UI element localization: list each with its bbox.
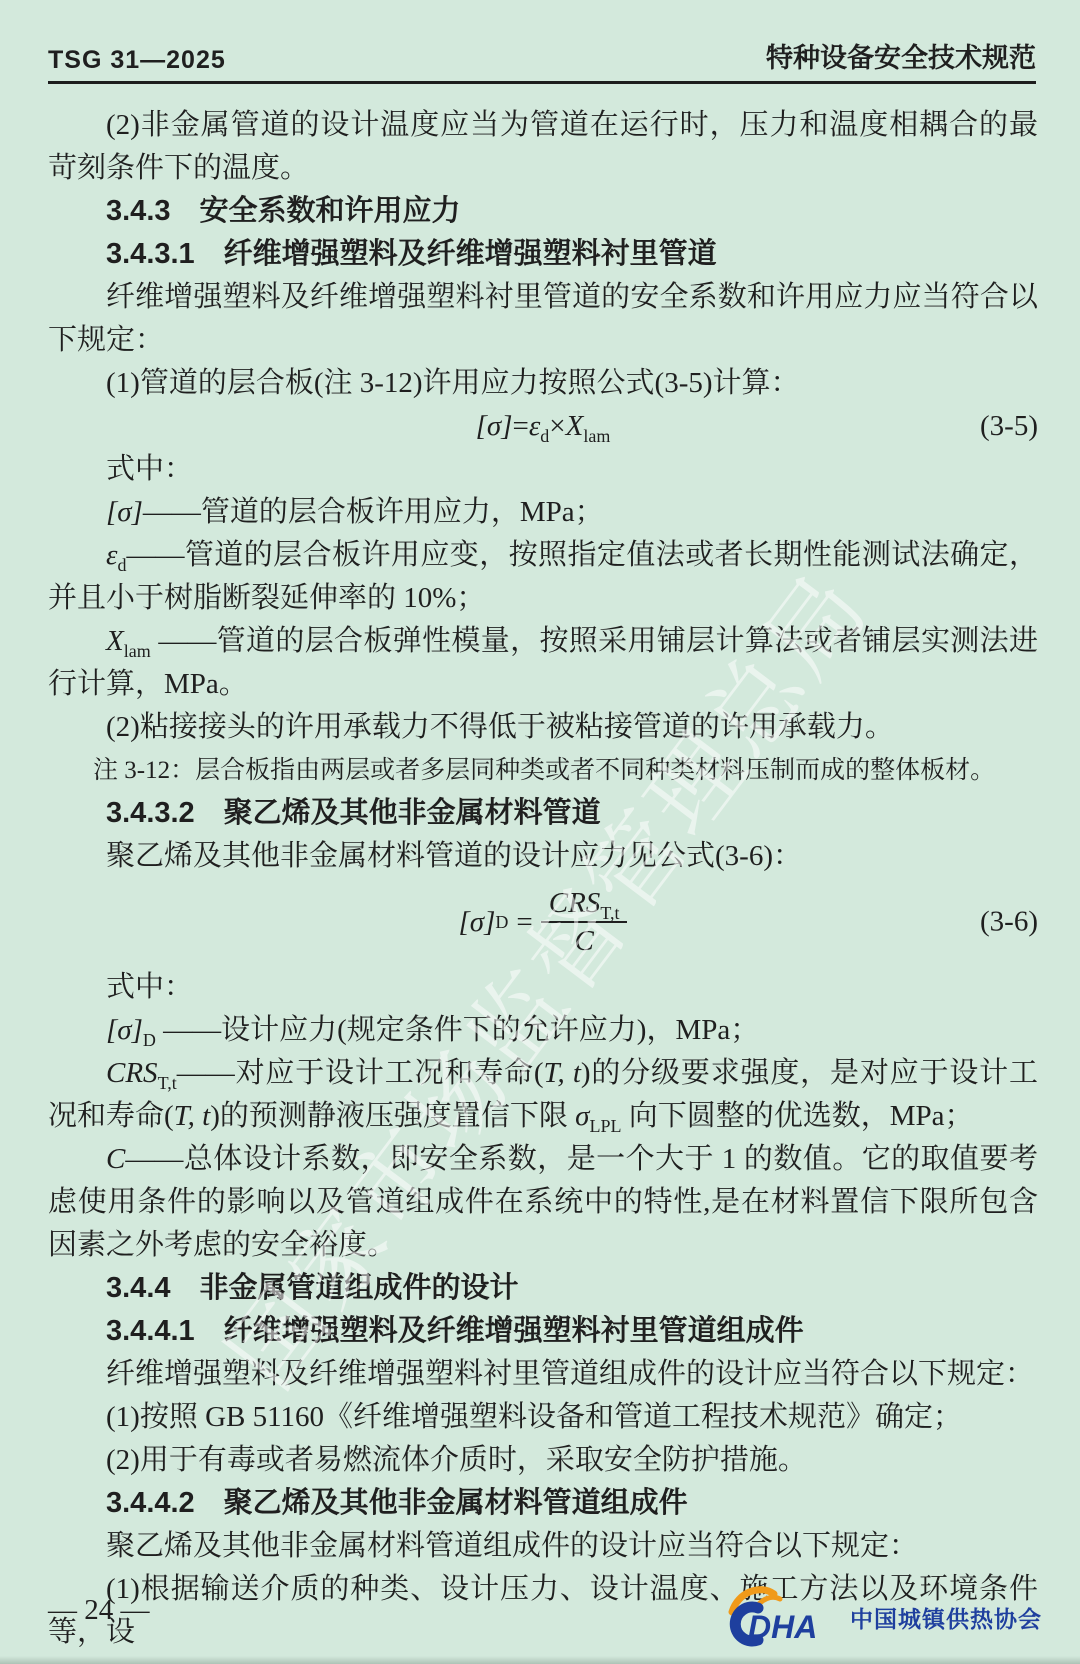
fraction: CRST,t C bbox=[541, 888, 628, 957]
paragraph-laminate-formula-intro: (1)管道的层合板(注 3-12)许用应力按照公式(3-5)计算： bbox=[48, 362, 1038, 405]
page-number: — 24 — bbox=[48, 1594, 150, 1627]
paragraph-toxic-media: (2)用于有毒或者易燃流体介质时，采取安全防护措施。 bbox=[48, 1439, 1038, 1482]
paragraph-frp-rule: 纤维增强塑料及纤维增强塑料衬里管道的安全系数和许用应力应当符合以下规定： bbox=[48, 276, 1038, 362]
crs-symbol: CRS bbox=[549, 887, 601, 919]
epsilon-symbol: ε bbox=[529, 410, 540, 442]
epsilon-symbol: ε bbox=[106, 539, 117, 571]
formula-3-5-number: (3-5) bbox=[980, 405, 1038, 448]
section-heading-3-4-3-2: 3.4.3.2 聚乙烯及其他非金属材料管道 bbox=[48, 792, 1038, 835]
formula-3-6-lhs: [σ] bbox=[459, 901, 496, 944]
crs-subscript: T,t bbox=[158, 1073, 177, 1093]
formula-3-6-number: (3-6) bbox=[980, 901, 1038, 944]
x-lam-subscript: lam bbox=[583, 426, 610, 446]
section-heading-3-4-4: 3.4.4 非金属管道组成件的设计 bbox=[48, 1267, 1038, 1310]
sigma-d-subscript: D bbox=[143, 1030, 156, 1050]
dha-logo-emblem-icon: DHA bbox=[722, 1586, 840, 1648]
symbol-def-epsilon: εd——管道的层合板许用应变，按照指定值法或者长期性能测试法确定，并且小于树脂断… bbox=[48, 534, 1038, 620]
note-3-12: 注 3-12：层合板指由两层或者多层同种类或者不同种类材料压制而成的整体板材。 bbox=[48, 749, 1038, 792]
epsilon-subscript: d bbox=[540, 426, 549, 446]
symbol-def-sigma-d: [σ]D ——设计应力(规定条件下的允许应力)，MPa； bbox=[48, 1009, 1038, 1052]
paragraph-design-temperature: (2)非金属管道的设计温度应当为管道在运行时，压力和温度相耦合的最苛刻条件下的温… bbox=[48, 104, 1038, 190]
formula-3-5: [σ]=εd×Xlam (3-5) bbox=[48, 405, 1038, 448]
association-logo: DHA 中国城镇供热协会 bbox=[722, 1586, 1042, 1648]
x-lam-symbol: X bbox=[106, 625, 124, 657]
document-page: TSG 31—2025 特种设备安全技术规范 (2)非金属管道的设计温度应当为管… bbox=[0, 0, 1080, 1664]
symbol-def-epsilon-text: ——管道的层合板许用应变，按照指定值法或者长期性能测试法确定，并且小于树脂断裂延… bbox=[48, 539, 1038, 614]
doc-code: TSG 31—2025 bbox=[48, 46, 226, 75]
symbol-def-crs: CRST,t——对应于设计工况和寿命(T, t)的分级要求强度，是对应于设计工况… bbox=[48, 1052, 1038, 1138]
doc-title: 特种设备安全技术规范 bbox=[766, 36, 1036, 75]
c-symbol: C bbox=[106, 1143, 125, 1175]
paragraph-frp-components: 纤维增强塑料及纤维增强塑料衬里管道组成件的设计应当符合以下规定： bbox=[48, 1353, 1038, 1396]
document-body: (2)非金属管道的设计温度应当为管道在运行时，压力和温度相耦合的最苛刻条件下的温… bbox=[48, 104, 1038, 1654]
crs-text-4: 向下圆整的优选数，MPa； bbox=[621, 1100, 973, 1132]
equals-sign: = bbox=[516, 901, 532, 944]
formula-3-5-lhs: [σ] bbox=[476, 410, 513, 442]
crs-text-1: ——对应于设计工况和寿命( bbox=[177, 1057, 544, 1089]
page-header: TSG 31—2025 特种设备安全技术规范 bbox=[48, 36, 1036, 84]
association-name: 中国城镇供热协会 bbox=[850, 1601, 1042, 1634]
symbol-def-sigma-d-text: ——设计应力(规定条件下的允许应力)，MPa； bbox=[156, 1014, 759, 1046]
symbol-def-xlam: Xlam ——管道的层合板弹性模量，按照采用铺层计算法或者铺层实测法进行计算，M… bbox=[48, 620, 1038, 706]
section-heading-3-4-3-1: 3.4.3.1 纤维增强塑料及纤维增强塑料衬里管道 bbox=[48, 233, 1038, 276]
crs-symbol: CRS bbox=[106, 1057, 158, 1089]
symbol-def-c: C——总体设计系数，即安全系数，是一个大于 1 的数值。它的取值要考虑使用条件的… bbox=[48, 1138, 1038, 1267]
symbol-def-xlam-text: ——管道的层合板弹性模量，按照采用铺层计算法或者铺层实测法进行计算，MPa。 bbox=[48, 625, 1038, 700]
where-clause-1: 式中： bbox=[48, 448, 1038, 491]
t-t-italic-1: T, t bbox=[544, 1057, 581, 1089]
paragraph-pe-formula-intro: 聚乙烯及其他非金属材料管道的设计应力见公式(3-6)： bbox=[48, 835, 1038, 878]
x-lam-subscript: lam bbox=[124, 641, 151, 661]
sigma-symbol: [σ] bbox=[106, 496, 143, 528]
where-clause-2: 式中： bbox=[48, 966, 1038, 1009]
fraction-denominator: C bbox=[574, 923, 593, 956]
times-sign: × bbox=[549, 410, 565, 442]
crs-text-3: )的预测静液压强度置信下限 bbox=[210, 1100, 575, 1132]
crs-subscript: T,t bbox=[600, 902, 619, 922]
paragraph-gb51160: (1)按照 GB 51160《纤维增强塑料设备和管道工程技术规范》确定； bbox=[48, 1396, 1038, 1439]
symbol-def-sigma: [σ]——管道的层合板许用应力，MPa； bbox=[48, 491, 1038, 534]
symbol-def-sigma-text: ——管道的层合板许用应力，MPa； bbox=[143, 496, 604, 528]
x-lam-symbol: X bbox=[566, 410, 584, 442]
sigma-d-symbol: [σ] bbox=[106, 1014, 143, 1046]
section-heading-3-4-4-1: 3.4.4.1 纤维增强塑料及纤维增强塑料衬里管道组成件 bbox=[48, 1310, 1038, 1353]
fraction-numerator: CRST,t bbox=[541, 888, 628, 923]
equals-sign: = bbox=[513, 410, 529, 442]
section-heading-3-4-4-2: 3.4.4.2 聚乙烯及其他非金属材料管道组成件 bbox=[48, 1482, 1038, 1525]
dha-logo-text: DHA bbox=[748, 1609, 817, 1645]
paragraph-pe-components: 聚乙烯及其他非金属材料管道组成件的设计应当符合以下规定： bbox=[48, 1525, 1038, 1568]
sigma-lpl-symbol: σ bbox=[575, 1100, 589, 1132]
paragraph-bond-joint: (2)粘接接头的许用承载力不得低于被粘接管道的许用承载力。 bbox=[48, 706, 1038, 749]
symbol-def-c-text: ——总体设计系数，即安全系数，是一个大于 1 的数值。它的取值要考虑使用条件的影… bbox=[48, 1143, 1038, 1261]
formula-3-6: [σ]D = CRST,t C (3-6) bbox=[48, 878, 1038, 966]
t-t-italic-2: T, t bbox=[174, 1100, 211, 1132]
sigma-lpl-subscript: LPL bbox=[589, 1116, 621, 1136]
section-heading-3-4-3: 3.4.3 安全系数和许用应力 bbox=[48, 190, 1038, 233]
